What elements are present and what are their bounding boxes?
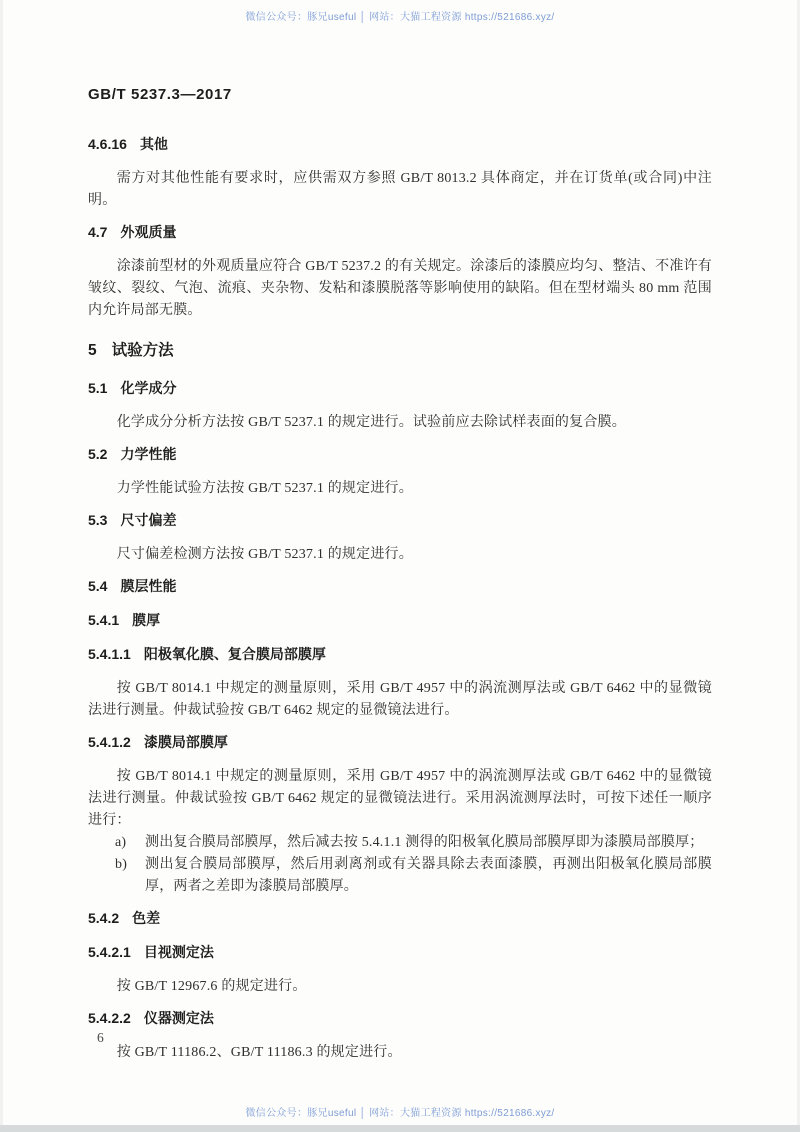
paragraph: 涂漆前型材的外观质量应符合 GB/T 5237.2 的有关规定。涂漆后的漆膜应均…	[88, 256, 712, 322]
document-page: GB/T 5237.3—2017 4.6.16其他 需方对其他性能有要求时，应供…	[0, 0, 800, 1074]
section-heading-5-3: 5.3尺寸偏差	[88, 510, 712, 530]
paragraph: 按 GB/T 12967.6 的规定进行。	[88, 976, 712, 998]
section-title: 尺寸偏差	[120, 512, 176, 528]
paragraph: 尺寸偏差检测方法按 GB/T 5237.1 的规定进行。	[88, 544, 712, 566]
section-title: 力学性能	[120, 446, 176, 462]
list-item-b: b)测出复合膜局部膜厚，然后用剥离剂或有关器具除去表面漆膜，再测出阳极氧化膜局部…	[88, 854, 712, 898]
page-number: 6	[97, 1030, 104, 1046]
section-heading-5-1: 5.1化学成分	[88, 378, 712, 398]
section-heading-5-4-1-1: 5.4.1.1阳极氧化膜、复合膜局部膜厚	[88, 644, 712, 664]
section-title: 化学成分	[120, 380, 176, 396]
section-heading-5-4-2: 5.4.2色差	[88, 908, 712, 928]
section-number: 5.4.1	[88, 612, 119, 628]
paragraph: 按 GB/T 8014.1 中规定的测量原则，采用 GB/T 4957 中的涡流…	[88, 766, 712, 832]
list-text: 测出复合膜局部膜厚，然后用剥离剂或有关器具除去表面漆膜，再测出阳极氧化膜局部膜厚…	[145, 857, 712, 894]
section-heading-5-4-2-1: 5.4.2.1目视测定法	[88, 942, 712, 962]
section-heading-5-4-2-2: 5.4.2.2仪器测定法	[88, 1008, 712, 1028]
section-number: 4.6.16	[88, 136, 127, 152]
section-number: 5.4	[88, 578, 107, 594]
paragraph: 需方对其他性能有要求时，应供需双方参照 GB/T 8013.2 具体商定，并在订…	[88, 168, 712, 212]
section-number: 5.4.2.1	[88, 944, 131, 960]
chapter-heading-5: 5试验方法	[88, 338, 712, 360]
section-number: 5.3	[88, 512, 107, 528]
paragraph: 力学性能试验方法按 GB/T 5237.1 的规定进行。	[88, 478, 712, 500]
list-text: 测出复合膜局部膜厚，然后减去按 5.4.1.1 测得的阳极氧化膜局部膜厚即为漆膜…	[145, 835, 704, 850]
paragraph: 按 GB/T 8014.1 中规定的测量原则，采用 GB/T 4957 中的涡流…	[88, 678, 712, 722]
section-title: 漆膜局部膜厚	[144, 734, 228, 750]
section-title: 外观质量	[120, 224, 176, 240]
section-heading-5-2: 5.2力学性能	[88, 444, 712, 464]
section-heading-5-4-1: 5.4.1膜厚	[88, 610, 712, 630]
section-title: 膜厚	[132, 612, 160, 628]
page-edge-bottom	[0, 1125, 800, 1132]
section-number: 5.4.2	[88, 910, 119, 926]
section-number: 5.2	[88, 446, 107, 462]
section-number: 5.4.1.1	[88, 646, 131, 662]
section-title: 仪器测定法	[144, 1010, 214, 1026]
list-marker: b)	[115, 854, 127, 876]
chapter-number: 5	[88, 342, 97, 359]
section-heading-4-6-16: 4.6.16其他	[88, 134, 712, 154]
chapter-title: 试验方法	[112, 342, 174, 359]
section-heading-4-7: 4.7外观质量	[88, 222, 712, 242]
list-marker: a)	[115, 832, 126, 854]
section-title: 其他	[140, 136, 168, 152]
standard-number: GB/T 5237.3—2017	[88, 86, 712, 103]
section-number: 5.1	[88, 380, 107, 396]
list-item-a: a)测出复合膜局部膜厚，然后减去按 5.4.1.1 测得的阳极氧化膜局部膜厚即为…	[88, 832, 712, 854]
section-number: 4.7	[88, 224, 107, 240]
section-number: 5.4.1.2	[88, 734, 131, 750]
section-number: 5.4.2.2	[88, 1010, 131, 1026]
section-title: 膜层性能	[120, 578, 176, 594]
watermark-bottom: 微信公众号：豚兄useful │ 网站：大猫工程资源 https://52168…	[0, 1104, 800, 1119]
section-title: 阳极氧化膜、复合膜局部膜厚	[144, 646, 326, 662]
section-title: 目视测定法	[144, 944, 214, 960]
section-heading-5-4: 5.4膜层性能	[88, 576, 712, 596]
paragraph: 化学成分分析方法按 GB/T 5237.1 的规定进行。试验前应去除试样表面的复…	[88, 412, 712, 434]
page-edge-left	[0, 0, 3, 1132]
section-heading-5-4-1-2: 5.4.1.2漆膜局部膜厚	[88, 732, 712, 752]
section-title: 色差	[132, 910, 160, 926]
paragraph: 按 GB/T 11186.2、GB/T 11186.3 的规定进行。	[88, 1042, 712, 1064]
